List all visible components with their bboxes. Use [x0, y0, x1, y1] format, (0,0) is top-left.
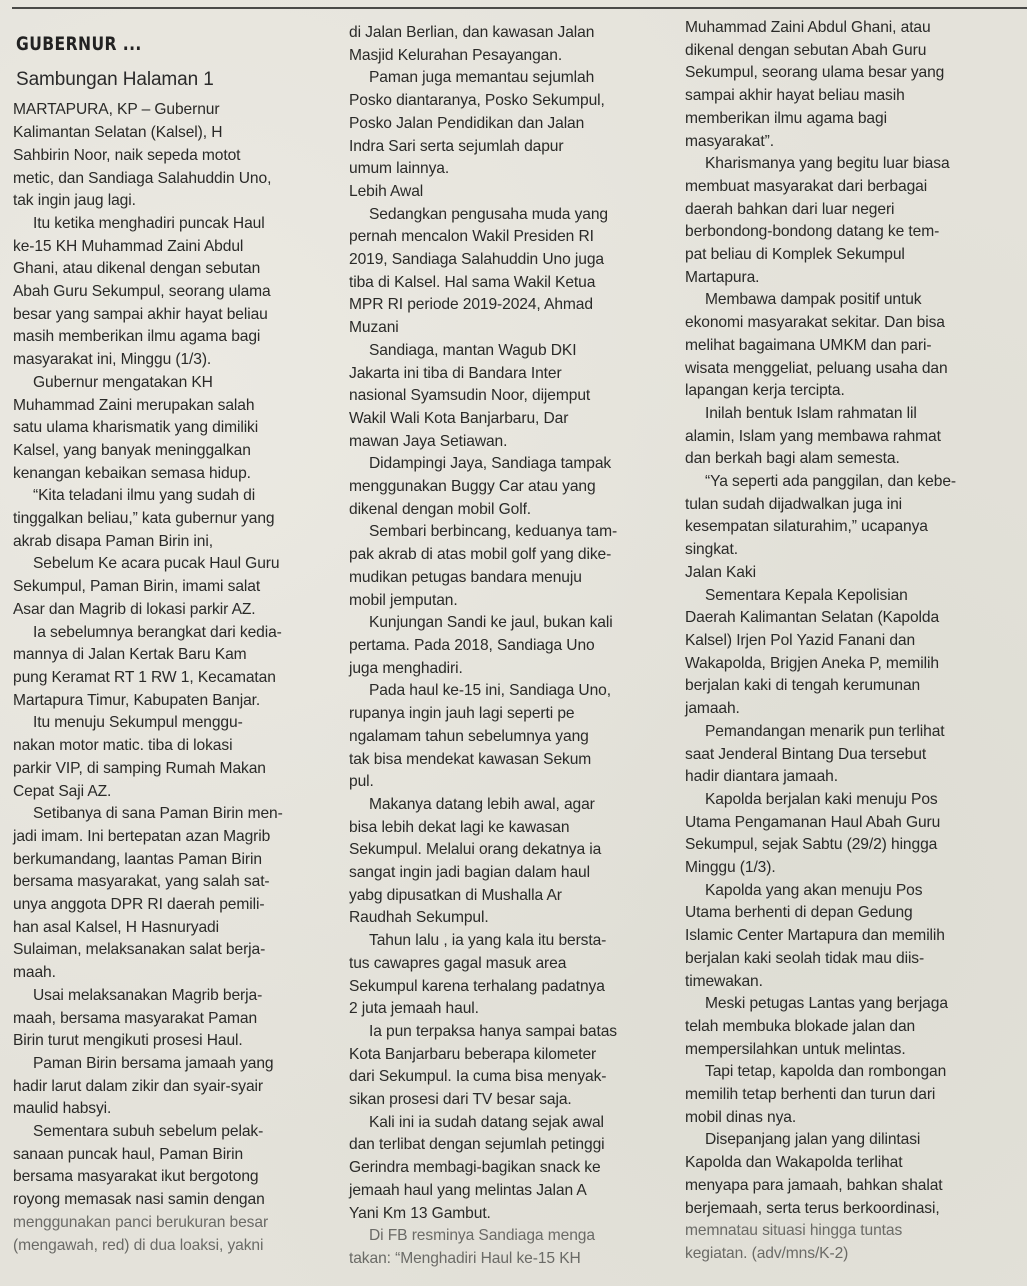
text-line: royong memasak nasi samin dengan	[13, 1189, 335, 1212]
text-line: berkumandang, laantas Paman Birin	[13, 849, 335, 872]
text-line: yabg dipusatkan di Mushalla Ar	[349, 885, 671, 908]
text-line: bersama masyarakat ikut bergotong	[13, 1166, 335, 1189]
text-line: kenangan kebaikan semasa hidup.	[13, 463, 335, 486]
text-line: Posko diantaranya, Posko Sekumpul,	[349, 90, 671, 113]
continuation-label: Sambungan Halaman 1	[16, 69, 335, 92]
text-line: Sementara subuh sebelum pelak-	[13, 1121, 335, 1144]
column-text: MARTAPURA, KP – GubernurKalimantan Selat…	[13, 99, 335, 1257]
column-text: Muhammad Zaini Abdul Ghani, ataudikenal …	[685, 17, 1015, 1266]
text-line: Pemandangan menarik pun terlihat	[685, 721, 1015, 744]
text-line: Kapolda yang akan menuju Pos	[685, 880, 1015, 903]
text-line: dikenal dengan mobil Golf.	[349, 499, 671, 522]
text-line: Masjid Kelurahan Pesayangan.	[349, 45, 671, 68]
text-line: han asal Kalsel, H Hasnuryadi	[13, 917, 335, 940]
text-line: mobil jemputan.	[349, 590, 671, 613]
text-line: jemaah haul yang melintas Jalan A	[349, 1180, 671, 1203]
text-line: Sembari berbincang, keduanya tam-	[349, 521, 671, 544]
text-line: telah membuka blokade jalan dan	[685, 1016, 1015, 1039]
text-line: Yani Km 13 Gambut.	[349, 1203, 671, 1226]
text-line: ngalamam tahun sebelumnya yang	[349, 726, 671, 749]
column-text: di Jalan Berlian, dan kawasan JalanMasji…	[349, 22, 671, 1271]
text-line: berbondong-bondong datang ke tem-	[685, 221, 1015, 244]
text-line: Asar dan Magrib di lokasi parkir AZ.	[13, 599, 335, 622]
text-line: Posko Jalan Pendidikan dan Jalan	[349, 113, 671, 136]
text-line: pat beliau di Komplek Sekumpul	[685, 244, 1015, 267]
text-line: pertama. Pada 2018, Sandiaga Uno	[349, 635, 671, 658]
text-line: Daerah Kalimantan Selatan (Kapolda	[685, 607, 1015, 630]
text-line: Ia pun terpaksa hanya sampai batas	[349, 1021, 671, 1044]
text-line: ekonomi masyarakat sekitar. Dan bisa	[685, 312, 1015, 335]
text-line: Kalimantan Selatan (Kalsel), H	[13, 122, 335, 145]
text-line: rupanya ingin jauh lagi seperti pe	[349, 703, 671, 726]
text-line: Utama Pengamanan Haul Abah Guru	[685, 812, 1015, 835]
text-line: hadir diantara jamaah.	[685, 766, 1015, 789]
text-line: memnatau situasi hingga tuntas	[685, 1220, 1015, 1243]
text-line: menggunakan panci berukuran besar	[13, 1212, 335, 1235]
text-line: tiba di Kalsel. Hal sama Wakil Ketua	[349, 272, 671, 295]
text-line: Makanya datang lebih awal, agar	[349, 794, 671, 817]
text-line: Sekumpul, seorang ulama besar yang	[685, 62, 1015, 85]
text-line: di Jalan Berlian, dan kawasan Jalan	[349, 22, 671, 45]
text-line: Sebelum Ke acara pucak Haul Guru	[13, 553, 335, 576]
text-line: jadi imam. Ini bertepatan azan Magrib	[13, 826, 335, 849]
text-line: Minggu (1/3).	[685, 857, 1015, 880]
text-line: Gubernur mengatakan KH	[13, 372, 335, 395]
text-line: MPR RI periode 2019-2024, Ahmad	[349, 294, 671, 317]
text-line: kegiatan. (adv/mns/K-2)	[685, 1243, 1015, 1266]
text-line: nakan motor matic. tiba di lokasi	[13, 735, 335, 758]
text-line: Muhammad Zaini Abdul Ghani, atau	[685, 17, 1015, 40]
section-subheading: Lebih Awal	[349, 181, 671, 204]
text-line: Di FB resminya Sandiaga menga	[349, 1225, 671, 1248]
text-line: melihat bagaimana UMKM dan pari-	[685, 335, 1015, 358]
article-kicker: GUBERNUR ...	[16, 33, 278, 56]
text-line: dari Sekumpul. Ia cuma bisa menyak-	[349, 1066, 671, 1089]
text-line: Sandiaga, mantan Wagub DKI	[349, 340, 671, 363]
text-line: dan terlibat dengan sejumlah petinggi	[349, 1134, 671, 1157]
text-line: singkat.	[685, 539, 1015, 562]
text-line: Sekumpul. Melalui orang dekatnya ia	[349, 839, 671, 862]
text-line: saat Jenderal Bintang Dua tersebut	[685, 744, 1015, 767]
text-line: memilih tetap berhenti dan turun dari	[685, 1084, 1015, 1107]
text-line: Sekumpul karena terhalang padatnya	[349, 976, 671, 999]
text-line: kesempatan silaturahim,” ucapanya	[685, 516, 1015, 539]
text-line: Raudhah Sekumpul.	[349, 907, 671, 930]
text-line: besar yang sampai akhir hayat beliau	[13, 304, 335, 327]
text-line: Pada haul ke-15 ini, Sandiaga Uno,	[349, 680, 671, 703]
text-line: Sekumpul, sejak Sabtu (29/2) hingga	[685, 834, 1015, 857]
text-line: Setibanya di sana Paman Birin men-	[13, 803, 335, 826]
text-line: Gerindra membagi-bagikan snack ke	[349, 1157, 671, 1180]
text-line: Muzani	[349, 317, 671, 340]
article-column-1: GUBERNUR ... Sambungan Halaman 1 MARTAPU…	[13, 22, 335, 1257]
text-line: menyapa para jamaah, bahkan shalat	[685, 1175, 1015, 1198]
text-line: maah.	[13, 962, 335, 985]
text-line: “Ya seperti ada panggilan, dan kebe-	[685, 471, 1015, 494]
text-line: 2 juta jemaah haul.	[349, 998, 671, 1021]
text-line: juga menghadiri.	[349, 658, 671, 681]
text-line: unya anggota DPR RI daerah pemili-	[13, 894, 335, 917]
top-rule-divider	[12, 7, 1027, 9]
text-line: Kunjungan Sandi ke jaul, bukan kali	[349, 612, 671, 635]
text-line: Kapolda berjalan kaki menuju Pos	[685, 789, 1015, 812]
text-line: dan berkah bagi alam semesta.	[685, 448, 1015, 471]
section-subheading: Jalan Kaki	[685, 562, 1015, 585]
text-line: timewakan.	[685, 971, 1015, 994]
text-line: Birin turut mengikuti prosesi Haul.	[13, 1030, 335, 1053]
text-line: (mengawah, red) di dua loaksi, yakni	[13, 1235, 335, 1258]
text-line: 2019, Sandiaga Salahuddin Uno juga	[349, 249, 671, 272]
text-line: tinggalkan beliau,” kata gubernur yang	[13, 508, 335, 531]
text-line: masyarakat”.	[685, 131, 1015, 154]
text-line: Utama berhenti di depan Gedung	[685, 902, 1015, 925]
text-line: Tapi tetap, kapolda dan rombongan	[685, 1061, 1015, 1084]
text-line: maah, bersama masyarakat Paman	[13, 1008, 335, 1031]
text-line: Itu menuju Sekumpul menggu-	[13, 712, 335, 735]
text-line: berjalan kaki seolah tidak mau diis-	[685, 948, 1015, 971]
text-line: Disepanjang jalan yang dilintasi	[685, 1129, 1015, 1152]
text-line: satu ulama kharismatik yang dimiliki	[13, 417, 335, 440]
text-line: Sulaiman, melaksanakan salat berja-	[13, 939, 335, 962]
text-line: masih memberikan ilmu agama bagi	[13, 326, 335, 349]
text-line: berjemaah, serta terus berkoordinasi,	[685, 1198, 1015, 1221]
text-line: Ghani, atau dikenal dengan sebutan	[13, 258, 335, 281]
text-line: Abah Guru Sekumpul, seorang ulama	[13, 281, 335, 304]
text-line: maulid habsyi.	[13, 1098, 335, 1121]
text-line: Kapolda dan Wakapolda terlihat	[685, 1152, 1015, 1175]
text-line: pernah mencalon Wakil Presiden RI	[349, 226, 671, 249]
text-line: Ia sebelumnya berangkat dari kedia-	[13, 622, 335, 645]
text-line: jamaah.	[685, 698, 1015, 721]
text-line: lapangan kerja tercipta.	[685, 380, 1015, 403]
text-line: Islamic Center Martapura dan memilih	[685, 925, 1015, 948]
text-line: alamin, Islam yang membawa rahmat	[685, 426, 1015, 449]
text-line: Membawa dampak positif untuk	[685, 289, 1015, 312]
text-line: pul.	[349, 771, 671, 794]
text-line: Kalsel) Irjen Pol Yazid Fanani dan	[685, 630, 1015, 653]
text-line: parkir VIP, di samping Rumah Makan	[13, 758, 335, 781]
text-line: bersama masyarakat, yang salah sat-	[13, 871, 335, 894]
text-line: Sedangkan pengusaha muda yang	[349, 204, 671, 227]
text-line: Kalsel, yang banyak meninggalkan	[13, 440, 335, 463]
text-line: sanaan puncak haul, Paman Birin	[13, 1144, 335, 1167]
text-line: pung Keramat RT 1 RW 1, Kecamatan	[13, 667, 335, 690]
text-line: mudikan petugas bandara menuju	[349, 567, 671, 590]
text-line: Kharismanya yang begitu luar biasa	[685, 153, 1015, 176]
text-line: Jakarta ini tiba di Bandara Inter	[349, 363, 671, 386]
text-line: mobil dinas nya.	[685, 1107, 1015, 1130]
text-line: Paman juga memantau sejumlah	[349, 67, 671, 90]
text-line: Inilah bentuk Islam rahmatan lil	[685, 403, 1015, 426]
text-line: hadir larut dalam zikir dan syair-syair	[13, 1076, 335, 1099]
text-line: Muhammad Zaini merupakan salah	[13, 395, 335, 418]
text-line: nasional Syamsudin Noor, dijemput	[349, 385, 671, 408]
text-line: mempersilahkan untuk melintas.	[685, 1039, 1015, 1062]
text-line: dikenal dengan sebutan Abah Guru	[685, 40, 1015, 63]
text-line: Cepat Saji AZ.	[13, 781, 335, 804]
text-line: Martapura Timur, Kabupaten Banjar.	[13, 690, 335, 713]
text-line: Meski petugas Lantas yang berjaga	[685, 993, 1015, 1016]
article-column-2: di Jalan Berlian, dan kawasan JalanMasji…	[349, 22, 671, 1271]
text-line: tulan sudah dijadwalkan juga ini	[685, 494, 1015, 517]
text-line: Kota Banjarbaru beberapa kilometer	[349, 1044, 671, 1067]
text-line: masyarakat ini, Minggu (1/3).	[13, 349, 335, 372]
text-line: membuat masyarakat dari berbagai	[685, 176, 1015, 199]
text-line: akrab disapa Paman Birin ini,	[13, 531, 335, 554]
text-line: Kali ini ia sudah datang sejak awal	[349, 1112, 671, 1135]
text-line: wisata menggeliat, peluang usaha dan	[685, 358, 1015, 381]
text-line: Usai melaksanakan Magrib berja-	[13, 985, 335, 1008]
text-line: pak akrab di atas mobil golf yang dike-	[349, 544, 671, 567]
text-line: Itu ketika menghadiri puncak Haul	[13, 213, 335, 236]
text-line: Wakapolda, Brigjen Aneka P, memilih	[685, 653, 1015, 676]
text-line: “Kita teladani ilmu yang sudah di	[13, 485, 335, 508]
text-line: ke-15 KH Muhammad Zaini Abdul	[13, 236, 335, 259]
text-line: tak ingin jaug lagi.	[13, 190, 335, 213]
text-line: Didampingi Jaya, Sandiaga tampak	[349, 453, 671, 476]
text-line: tak bisa mendekat kawasan Sekum	[349, 749, 671, 772]
text-line: metic, dan Sandiaga Salahuddin Uno,	[13, 168, 335, 191]
text-line: sikan prosesi dari TV besar saja.	[349, 1089, 671, 1112]
text-line: sangat ingin jadi bagian dalam haul	[349, 862, 671, 885]
text-line: Sahbirin Noor, naik sepeda motot	[13, 145, 335, 168]
text-line: sampai akhir hayat beliau masih	[685, 85, 1015, 108]
text-line: Paman Birin bersama jamaah yang	[13, 1053, 335, 1076]
text-line: Wakil Wali Kota Banjarbaru, Dar	[349, 408, 671, 431]
text-line: tus cawapres gagal masuk area	[349, 953, 671, 976]
text-line: Indra Sari serta sejumlah dapur	[349, 136, 671, 159]
text-line: MARTAPURA, KP – Gubernur	[13, 99, 335, 122]
text-line: Sementara Kepala Kepolisian	[685, 585, 1015, 608]
article-column-3: Muhammad Zaini Abdul Ghani, ataudikenal …	[685, 17, 1015, 1266]
text-line: berjalan kaki di tengah kerumunan	[685, 675, 1015, 698]
text-line: bisa lebih dekat lagi ke kawasan	[349, 817, 671, 840]
text-line: memberikan ilmu agama bagi	[685, 108, 1015, 131]
text-line: Tahun lalu , ia yang kala itu bersta-	[349, 930, 671, 953]
text-line: takan: “Menghadiri Haul ke-15 KH	[349, 1248, 671, 1271]
text-line: Martapura.	[685, 267, 1015, 290]
text-line: menggunakan Buggy Car atau yang	[349, 476, 671, 499]
text-line: umum lainnya.	[349, 158, 671, 181]
text-line: mannya di Jalan Kertak Baru Kam	[13, 644, 335, 667]
text-line: Sekumpul, Paman Birin, imami salat	[13, 576, 335, 599]
text-line: mawan Jaya Setiawan.	[349, 431, 671, 454]
text-line: daerah bahkan dari luar negeri	[685, 199, 1015, 222]
